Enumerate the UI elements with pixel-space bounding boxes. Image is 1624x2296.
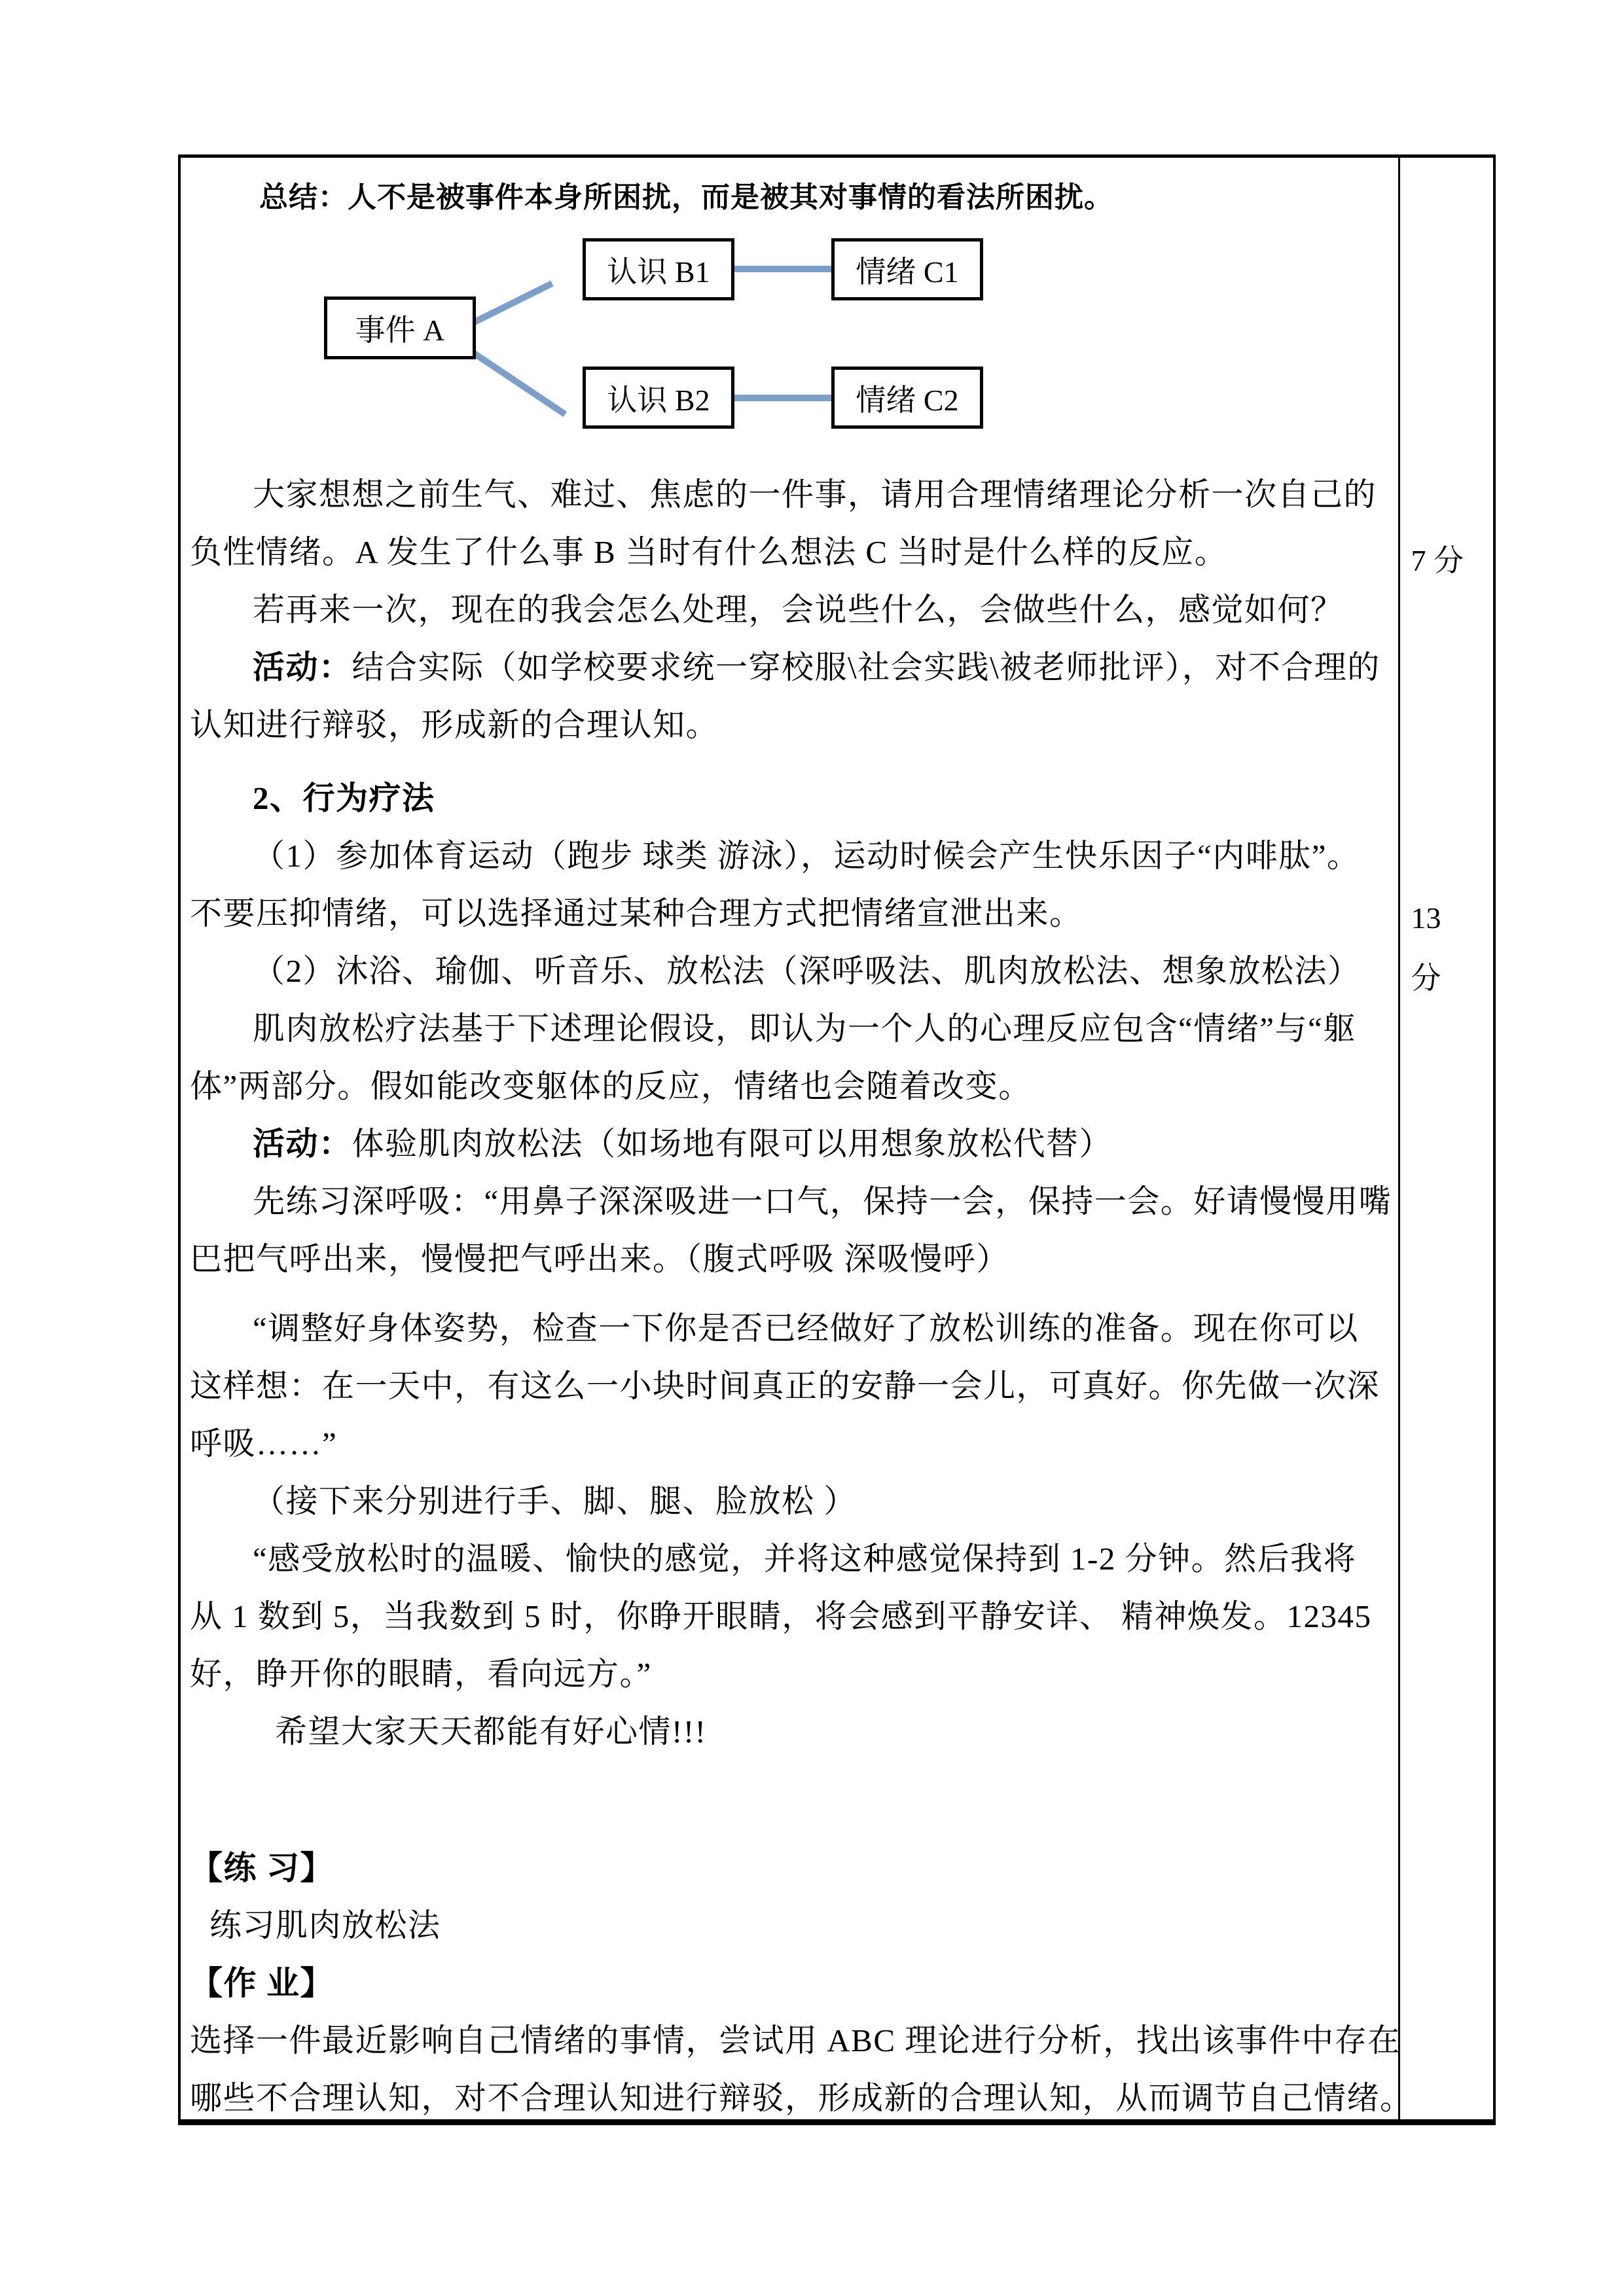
activity-label: 活动： (253, 649, 352, 685)
text-line: （1）参加体育运动（跑步 球类 游泳），运动时候会产生快乐因子“内啡肽”。 (190, 827, 1392, 885)
diagram-box-cognition-b1: 认识 B1 (583, 238, 734, 300)
lesson-plan-table: 总结：人不是被事件本身所困扰，而是被其对事情的看法所困扰。 事件 A 认识 B1… (178, 154, 1496, 2125)
text-line: 哪些不合理认知，对不合理认知进行辩驳，形成新的合理认知，从而调节自己情绪。 (190, 2070, 1392, 2119)
text-line: 希望大家天天都能有好心情!!! (190, 1703, 1392, 1761)
score-7-points: 7 分 (1411, 531, 1464, 590)
text-line: 练习肌肉放松法 (190, 1897, 1392, 1954)
text-line: 先练习深呼吸：“用鼻子深深吸进一口气，保持一会，保持一会。好请慢慢用嘴 (190, 1173, 1392, 1230)
text-line: 从 1 数到 5，当我数到 5 时，你睁开眼睛，将会感到平静安详、 精神焕发。1… (190, 1588, 1392, 1645)
score-13-line1: 13 (1411, 888, 1441, 948)
diagram-box-emotion-c1: 情绪 C1 (831, 238, 983, 300)
text-line: 【练 习】 (190, 1839, 1392, 1897)
score-column: 7 分 13 分 (1398, 158, 1493, 2119)
document-page: 总结：人不是被事件本身所困扰，而是被其对事情的看法所困扰。 事件 A 认识 B1… (0, 0, 1624, 2296)
text-line: 这样想：在一天中，有这么一小块时间真正的安静一会儿，可真好。你先做一次深 (190, 1357, 1392, 1415)
text-line: 活动：结合实际（如学校要求统一穿校服\社会实践\被老师批评），对不合理的 (190, 639, 1392, 696)
text-line: 肌肉放松疗法基于下述理论假设，即认为一个人的心理反应包含“情绪”与“躯 (190, 1000, 1392, 1058)
score-13-points: 13 分 (1411, 888, 1441, 1009)
text-line: 不要压抑情绪，可以选择通过某种合理方式把情绪宣泄出来。 (190, 885, 1392, 942)
diagram-box-event-a: 事件 A (324, 296, 476, 359)
text-line: （接下来分别进行手、脚、腿、脸放松 ） (190, 1473, 1392, 1530)
text-line: 负性情绪。A 发生了什么事 B 当时有什么想法 C 当时是什么样的反应。 (190, 524, 1392, 581)
content-cell: 总结：人不是被事件本身所困扰，而是被其对事情的看法所困扰。 事件 A 认识 B1… (181, 158, 1398, 2119)
diagram-box-emotion-c2: 情绪 C2 (831, 367, 983, 429)
text-line: 选择一件最近影响自己情绪的事情，尝试用 ABC 理论进行分析，找出该事件中存在 (190, 2012, 1392, 2070)
text-line: 呼吸……” (190, 1415, 1392, 1473)
connector-b1-c1 (734, 266, 831, 272)
text-line: 好，睁开你的眼睛，看向远方。” (190, 1645, 1392, 1703)
text-line: 【作 业】 (190, 1954, 1392, 2012)
text-line: 若再来一次，现在的我会怎么处理，会说些什么，会做些什么，感觉如何？ (190, 581, 1392, 639)
text-line: 认知进行辩驳，形成新的合理认知。 (190, 696, 1392, 754)
summary-title: 总结：人不是被事件本身所困扰，而是被其对事情的看法所困扰。 (190, 168, 1392, 227)
text-line: 体”两部分。假如能改变躯体的反应，情绪也会随着改变。 (190, 1058, 1392, 1115)
text-line: 巴把气呼出来，慢慢把气呼出来。（腹式呼吸 深吸慢呼） (190, 1230, 1392, 1288)
text-line: 大家想想之前生气、难过、焦虑的一件事，请用合理情绪理论分析一次自己的 (190, 466, 1392, 524)
text-line: “调整好身体姿势，检查一下你是否已经做好了放松训练的准备。现在你可以 (190, 1300, 1392, 1357)
abc-model-diagram: 事件 A 认识 B1 情绪 C1 认识 B2 情绪 C2 (190, 230, 1392, 446)
text-line: （2）沐浴、瑜伽、听音乐、放松法（深呼吸法、肌肉放松法、想象放松法） (190, 942, 1392, 1000)
diagram-box-cognition-b2: 认识 B2 (583, 367, 734, 429)
activity-label: 活动： (253, 1126, 352, 1162)
body-text: 大家想想之前生气、难过、焦虑的一件事，请用合理情绪理论分析一次自己的负性情绪。A… (190, 466, 1392, 2119)
connector-b2-c2 (734, 395, 831, 401)
text-line: 2、行为疗法 (190, 770, 1392, 827)
text-line: “感受放松时的温暖、愉快的感觉，并将这种感觉保持到 1-2 分钟。然后我将 (190, 1530, 1392, 1588)
text-line: 活动：体验肌肉放松法（如场地有限可以用想象放松代替） (190, 1115, 1392, 1173)
score-13-line2: 分 (1411, 948, 1441, 1009)
